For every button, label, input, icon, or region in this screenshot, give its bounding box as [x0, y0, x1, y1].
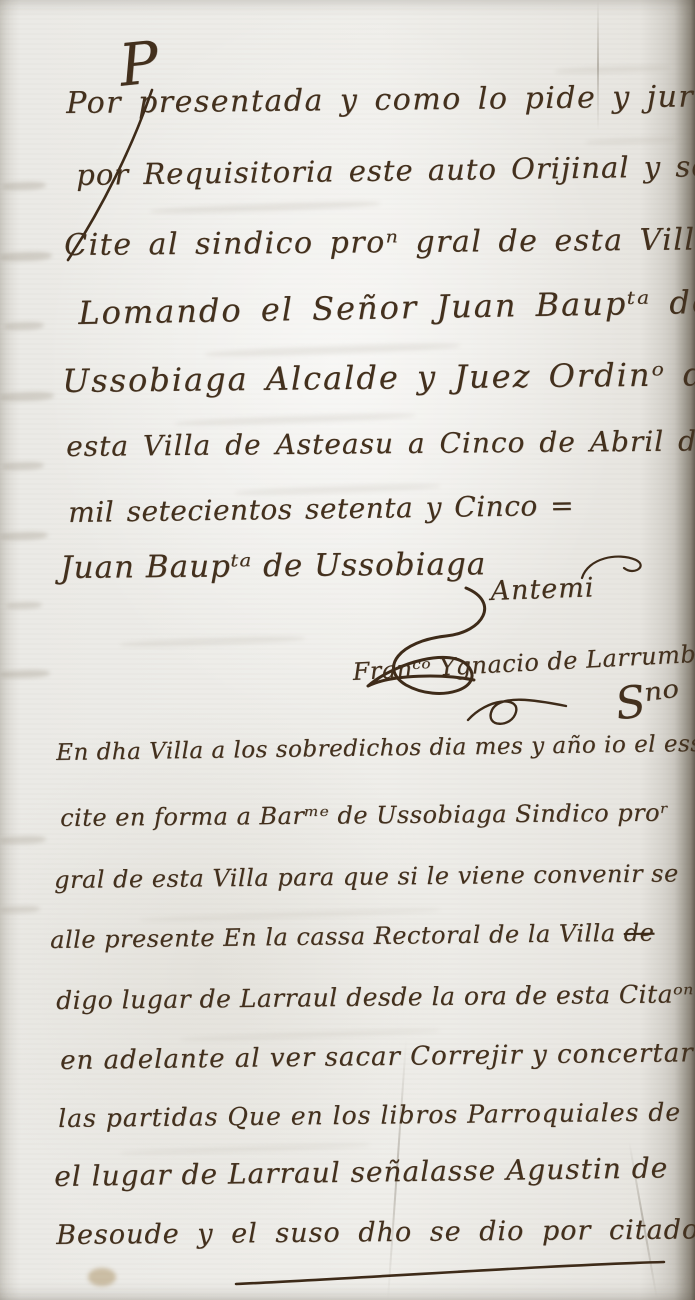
ink-stain	[88, 1268, 116, 1286]
decree-line: Ussobiaga Alcalde y Juez Ordinᵒ de	[62, 355, 695, 400]
citation-line: alle presente En la cassa Rectoral de la…	[50, 919, 655, 954]
showthrough-mark	[4, 321, 44, 330]
citation-line-text: alle presente En la cassa Rectoral de la…	[50, 919, 616, 954]
showthrough-mark	[175, 412, 415, 427]
showthrough-mark	[140, 907, 440, 923]
citation-line: En dha Villa a los sobredichos dia mes y…	[56, 731, 695, 766]
showthrough-mark	[180, 1027, 440, 1042]
showthrough-mark	[150, 200, 380, 215]
showthrough-mark	[0, 905, 40, 913]
decree-line: por Requisitoria este auto Orijinal y se	[76, 149, 695, 192]
citation-line: cite en forma a Barᵐᵉ de Ussobiaga Sindi…	[60, 799, 669, 832]
showthrough-mark	[585, 136, 677, 145]
decree-line: Cite al sindico proⁿ gral de esta Villa	[64, 222, 695, 263]
showthrough-mark	[0, 391, 54, 402]
showthrough-mark	[555, 64, 670, 75]
escribano-rubric-mark: Sⁿᵒ	[612, 671, 683, 731]
citation-line: Besoude y el suso dho se dio por citado …	[56, 1214, 695, 1251]
showthrough-mark	[0, 531, 48, 541]
citation-line: en adelante al ver sacar Correjir y conc…	[60, 1038, 694, 1076]
attestation-curl-flourish	[578, 550, 650, 584]
showthrough-mark	[120, 635, 305, 648]
showthrough-mark	[0, 835, 46, 845]
manuscript-page: P Por presentada y como lo pide y jurua …	[0, 0, 695, 1300]
showthrough-mark	[0, 251, 52, 262]
showthrough-mark	[0, 669, 50, 679]
citation-line: gral de esta Villa para que si le viene …	[54, 859, 679, 894]
struck-word: de	[624, 919, 655, 947]
escribano-signature-rubric	[462, 690, 572, 732]
citation-line: las partidas Que en los libros Parroquia…	[58, 1097, 681, 1133]
bottom-underline	[230, 1252, 670, 1292]
alcalde-signature: Juan Baupᵗᵃ de Ussobiaga	[60, 546, 486, 586]
decree-line: mil setecientos setenta y Cinco =	[68, 489, 574, 529]
showthrough-mark	[2, 461, 44, 470]
decree-line: Lomando el Señor Juan Baupᵗᵃ de	[78, 283, 695, 332]
showthrough-mark	[120, 1142, 370, 1157]
showthrough-mark	[205, 342, 460, 359]
showthrough-mark	[2, 181, 46, 191]
showthrough-mark	[6, 601, 42, 609]
decree-line: esta Villa de Asteasu a Cinco de Abril d…	[66, 424, 695, 463]
citation-line: digo lugar de Larraul desde la ora de es…	[56, 979, 694, 1015]
decree-line: Por presentada y como lo pide y jurua	[66, 79, 695, 121]
citation-line: el lugar de Larraul señalasse Agustin de	[54, 1151, 668, 1193]
